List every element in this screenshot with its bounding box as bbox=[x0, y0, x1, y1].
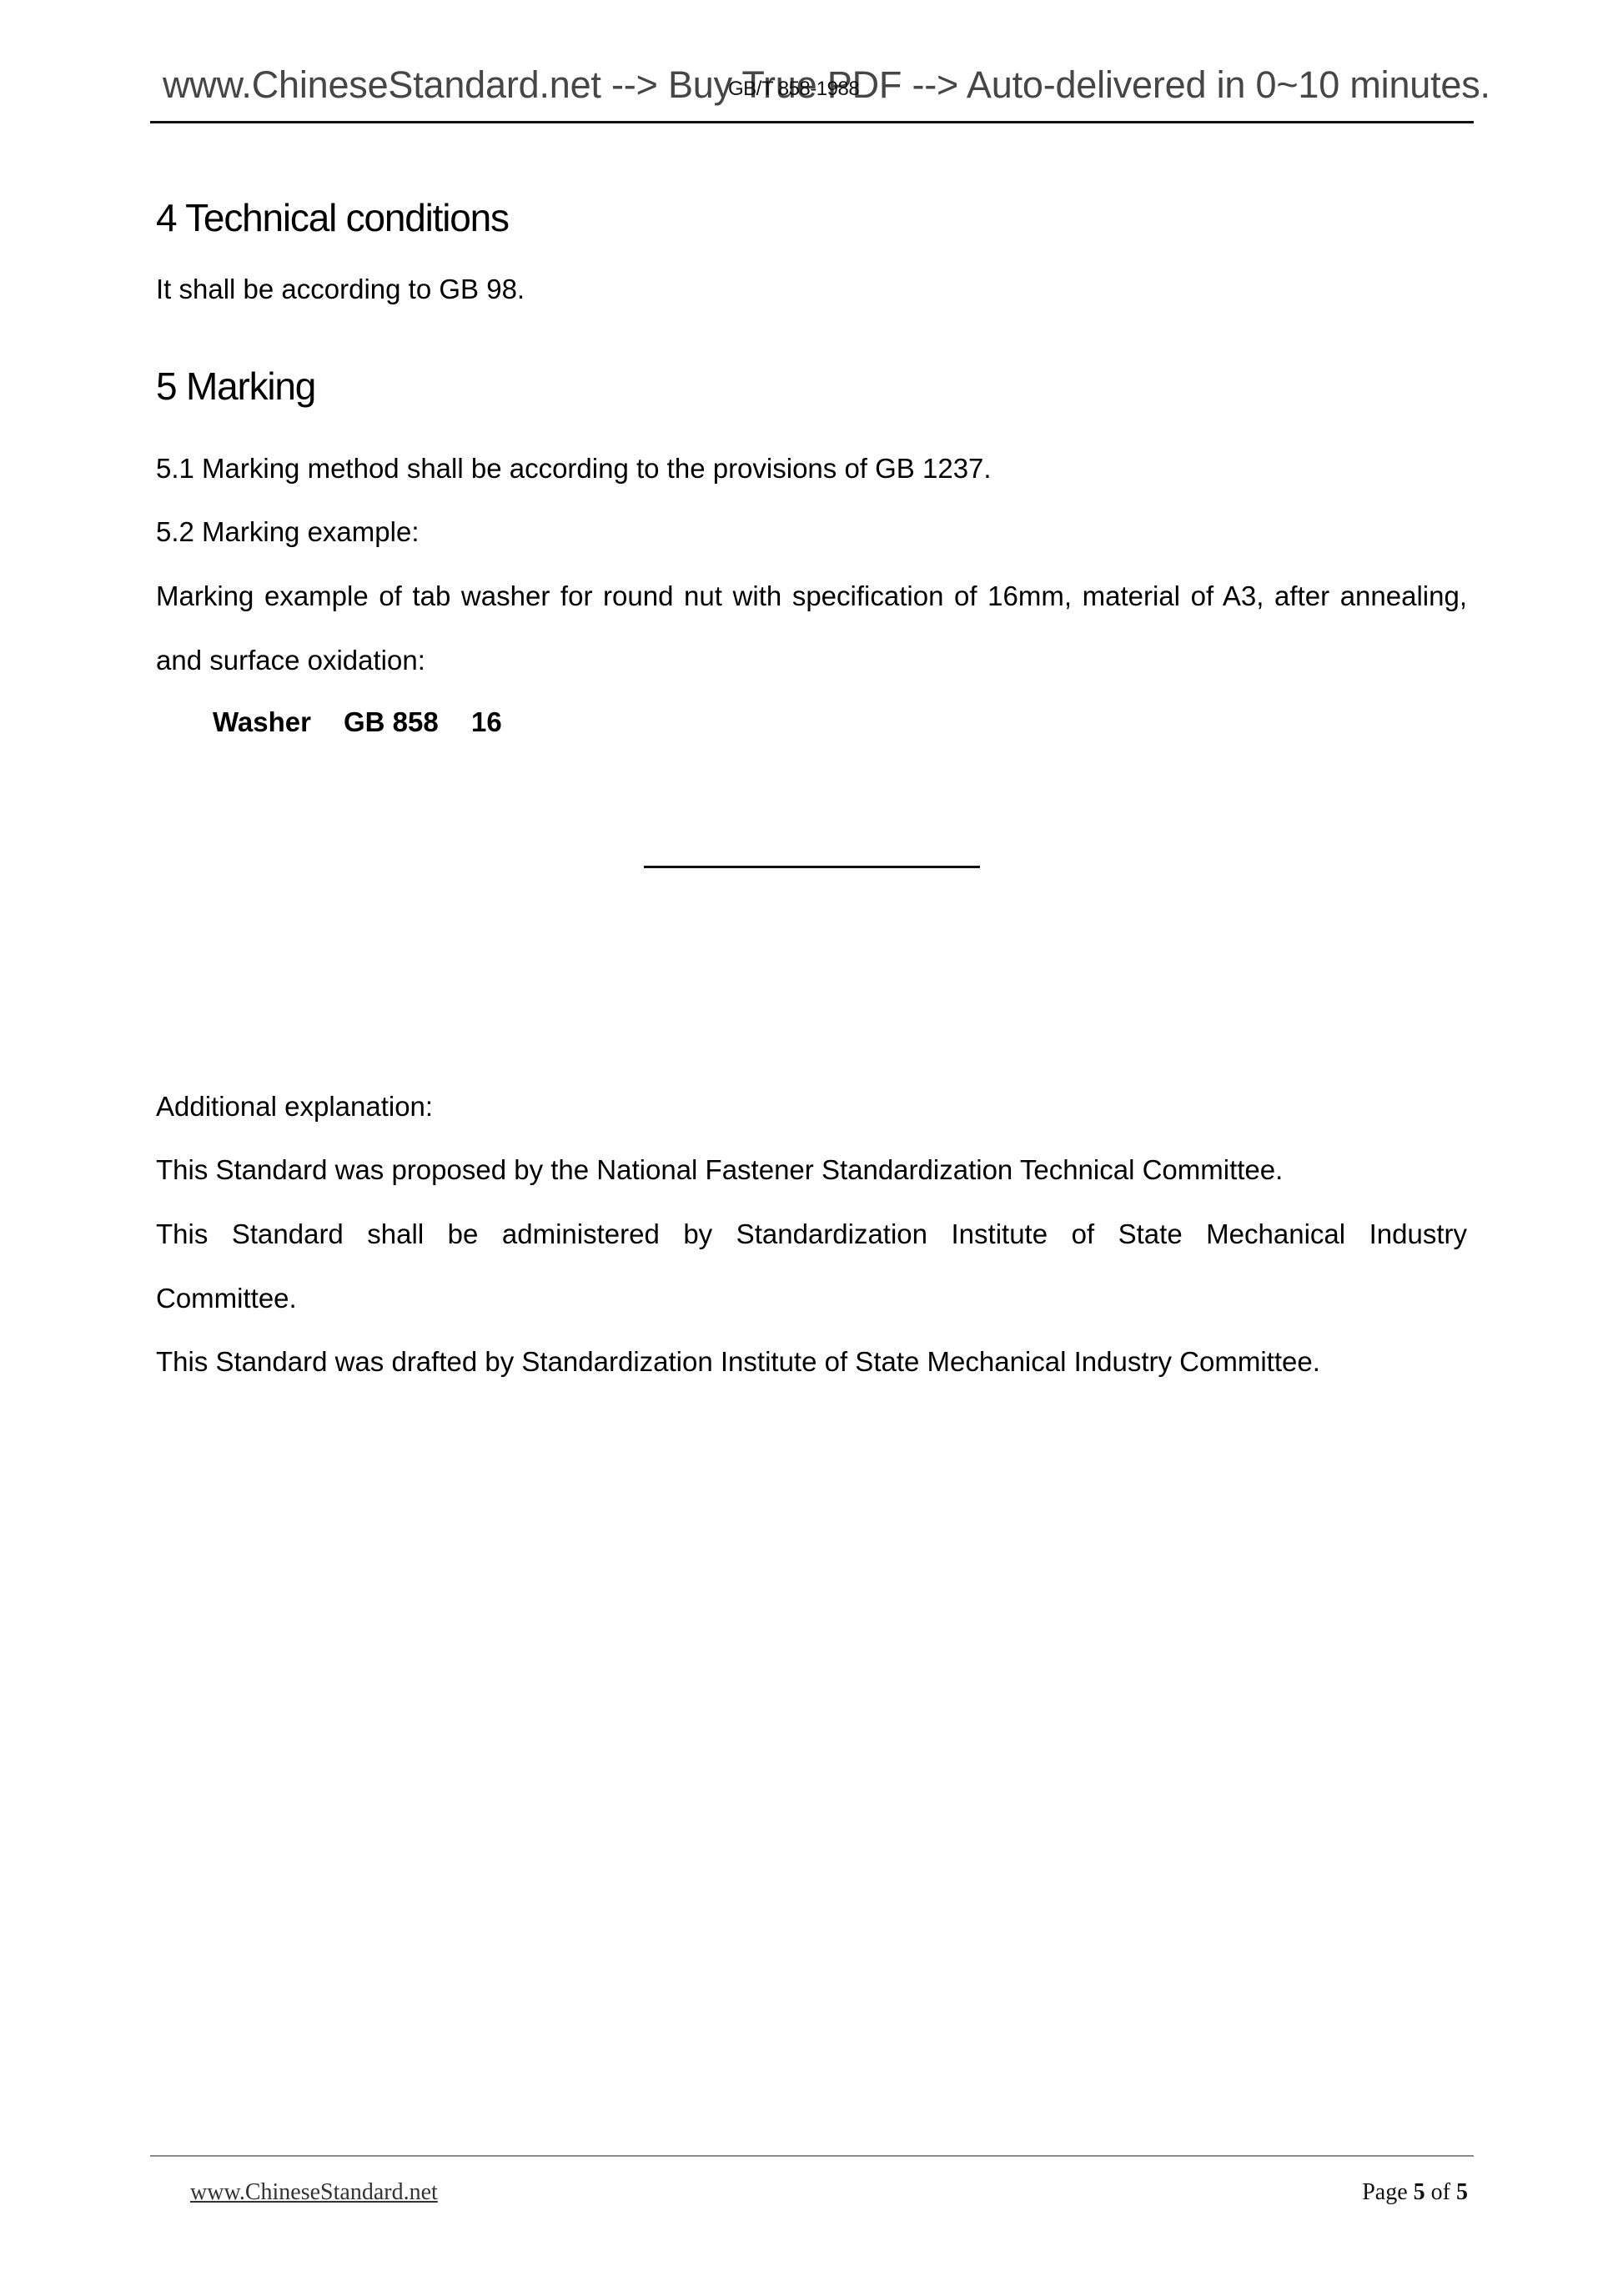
page-prefix: Page bbox=[1362, 2179, 1407, 2205]
page-total: 5 bbox=[1456, 2179, 1468, 2205]
section-5-2-paragraph: 5.2 Marking example: bbox=[156, 515, 1467, 549]
marking-example-description-cont: and surface oxidation: bbox=[156, 644, 1467, 677]
page-current: 5 bbox=[1414, 2179, 1425, 2205]
additional-line-administered: This Standard shall be administered by S… bbox=[156, 1218, 1467, 1251]
additional-line-administered-cont: Committee. bbox=[156, 1282, 1467, 1315]
additional-explanation-title: Additional explanation: bbox=[156, 1090, 1467, 1123]
footer-site-link[interactable]: www.ChineseStandard.net bbox=[190, 2178, 438, 2207]
marking-example-name: Washer bbox=[213, 706, 311, 739]
page-of: of bbox=[1431, 2179, 1450, 2205]
standard-code: GB/T 858-1988 bbox=[728, 77, 859, 102]
section-4-paragraph: It shall be according to GB 98. bbox=[156, 273, 1467, 306]
additional-line-drafted: This Standard was drafted by Standardiza… bbox=[156, 1345, 1467, 1379]
document-page: www.ChineseStandard.net --> Buy True PDF… bbox=[0, 0, 1623, 2296]
section-5-heading: 5 Marking bbox=[156, 363, 315, 409]
marking-example-description: Marking example of tab washer for round … bbox=[156, 580, 1467, 613]
end-divider bbox=[644, 866, 980, 868]
marking-example-size: 16 bbox=[471, 706, 502, 739]
footer-rule bbox=[150, 2155, 1474, 2157]
page-indicator: Page 5 of 5 bbox=[1362, 2178, 1468, 2207]
header-rule bbox=[150, 121, 1474, 123]
marking-example-standard: GB 858 bbox=[344, 706, 439, 739]
section-5-1-paragraph: 5.1 Marking method shall be according to… bbox=[156, 452, 1467, 485]
section-4-heading: 4 Technical conditions bbox=[156, 194, 509, 241]
additional-line-proposed: This Standard was proposed by the Nation… bbox=[156, 1153, 1467, 1187]
